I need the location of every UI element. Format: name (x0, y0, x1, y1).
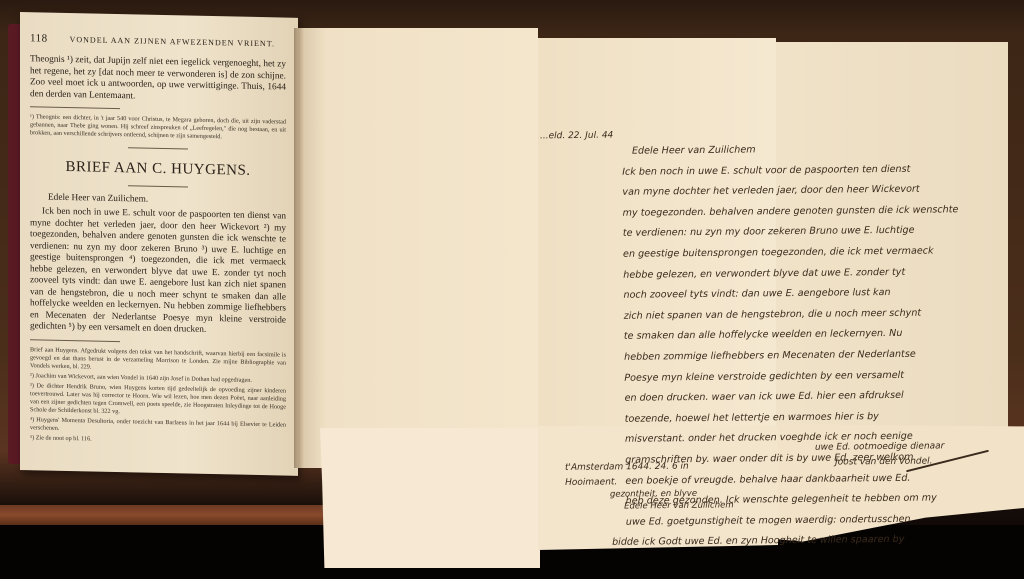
handwritten-closing-block: gezontheit, en blyve Edele Heer van Zuil… (610, 487, 734, 512)
section-divider (128, 147, 188, 149)
wooden-table-edge (0, 505, 330, 525)
book-blank-facing-page (298, 28, 538, 468)
handwritten-line: hebben zommige liefhebbers en Mecenaten … (624, 344, 960, 368)
title-divider (128, 185, 188, 187)
facsimile-foldout-blank (320, 428, 540, 568)
handwritten-closing-salutation: Edele Heer van Zuilichem (624, 499, 734, 512)
handwritten-place-date: t'Amsterdam 1644. 24. 6 in Hooimaent. (565, 459, 735, 491)
salutation: Edele Heer van Zuilichem. (48, 193, 286, 208)
footnote-theognis: ¹) Theognis: een dichter, in 't jaar 540… (30, 113, 286, 142)
letter-paragraph: Ick ben noch in uwe E. schult voor de pa… (30, 206, 286, 338)
footnote-rule (30, 106, 120, 109)
book-page-118: 118 VONDEL AAN ZIJNEN AFWEZENDEN VRIENT.… (20, 12, 298, 476)
page-header: 118 VONDEL AAN ZIJNEN AFWEZENDEN VRIENT. (30, 32, 286, 49)
signature-name: Joost van den Vondel. (835, 454, 945, 470)
running-head: VONDEL AAN ZIJNEN AFWEZENDEN VRIENT. (70, 35, 275, 49)
letter-title: BRIEF AAN C. HUYGENS. (30, 158, 286, 180)
notes-rule (30, 339, 120, 342)
intro-paragraph: Theognis ¹) zeit, dat Jupijn zelf niet e… (30, 54, 286, 105)
handwritten-date-note: ...eld. 22. Jul. 44 (540, 126, 613, 147)
footnotes: Brief aan Huygens. Afgedrukt volgens den… (30, 346, 286, 447)
photo-scene: 118 VONDEL AAN ZIJNEN AFWEZENDEN VRIENT.… (0, 0, 1024, 579)
page-number: 118 (30, 32, 48, 44)
footnote-text: ¹) Theognis: een dichter, in 't jaar 540… (30, 113, 286, 142)
book-gutter-shadow (294, 28, 304, 468)
handwritten-line: zich niet spanen van de hengstebron, die… (624, 303, 960, 327)
note-bruno: ³) De dichter Hendrik Bruno, wien Huygen… (30, 382, 286, 419)
note-source: Brief aan Huygens. Afgedrukt volgens den… (30, 346, 286, 375)
handwritten-line: en geestige buitensprongen toegezonden, … (623, 241, 959, 265)
signature-line: uwe Ed. ootmoedige dienaar (815, 439, 945, 455)
handwritten-line: bidde ick Godt uwe Ed. en zyn Hoogheit t… (612, 530, 962, 554)
